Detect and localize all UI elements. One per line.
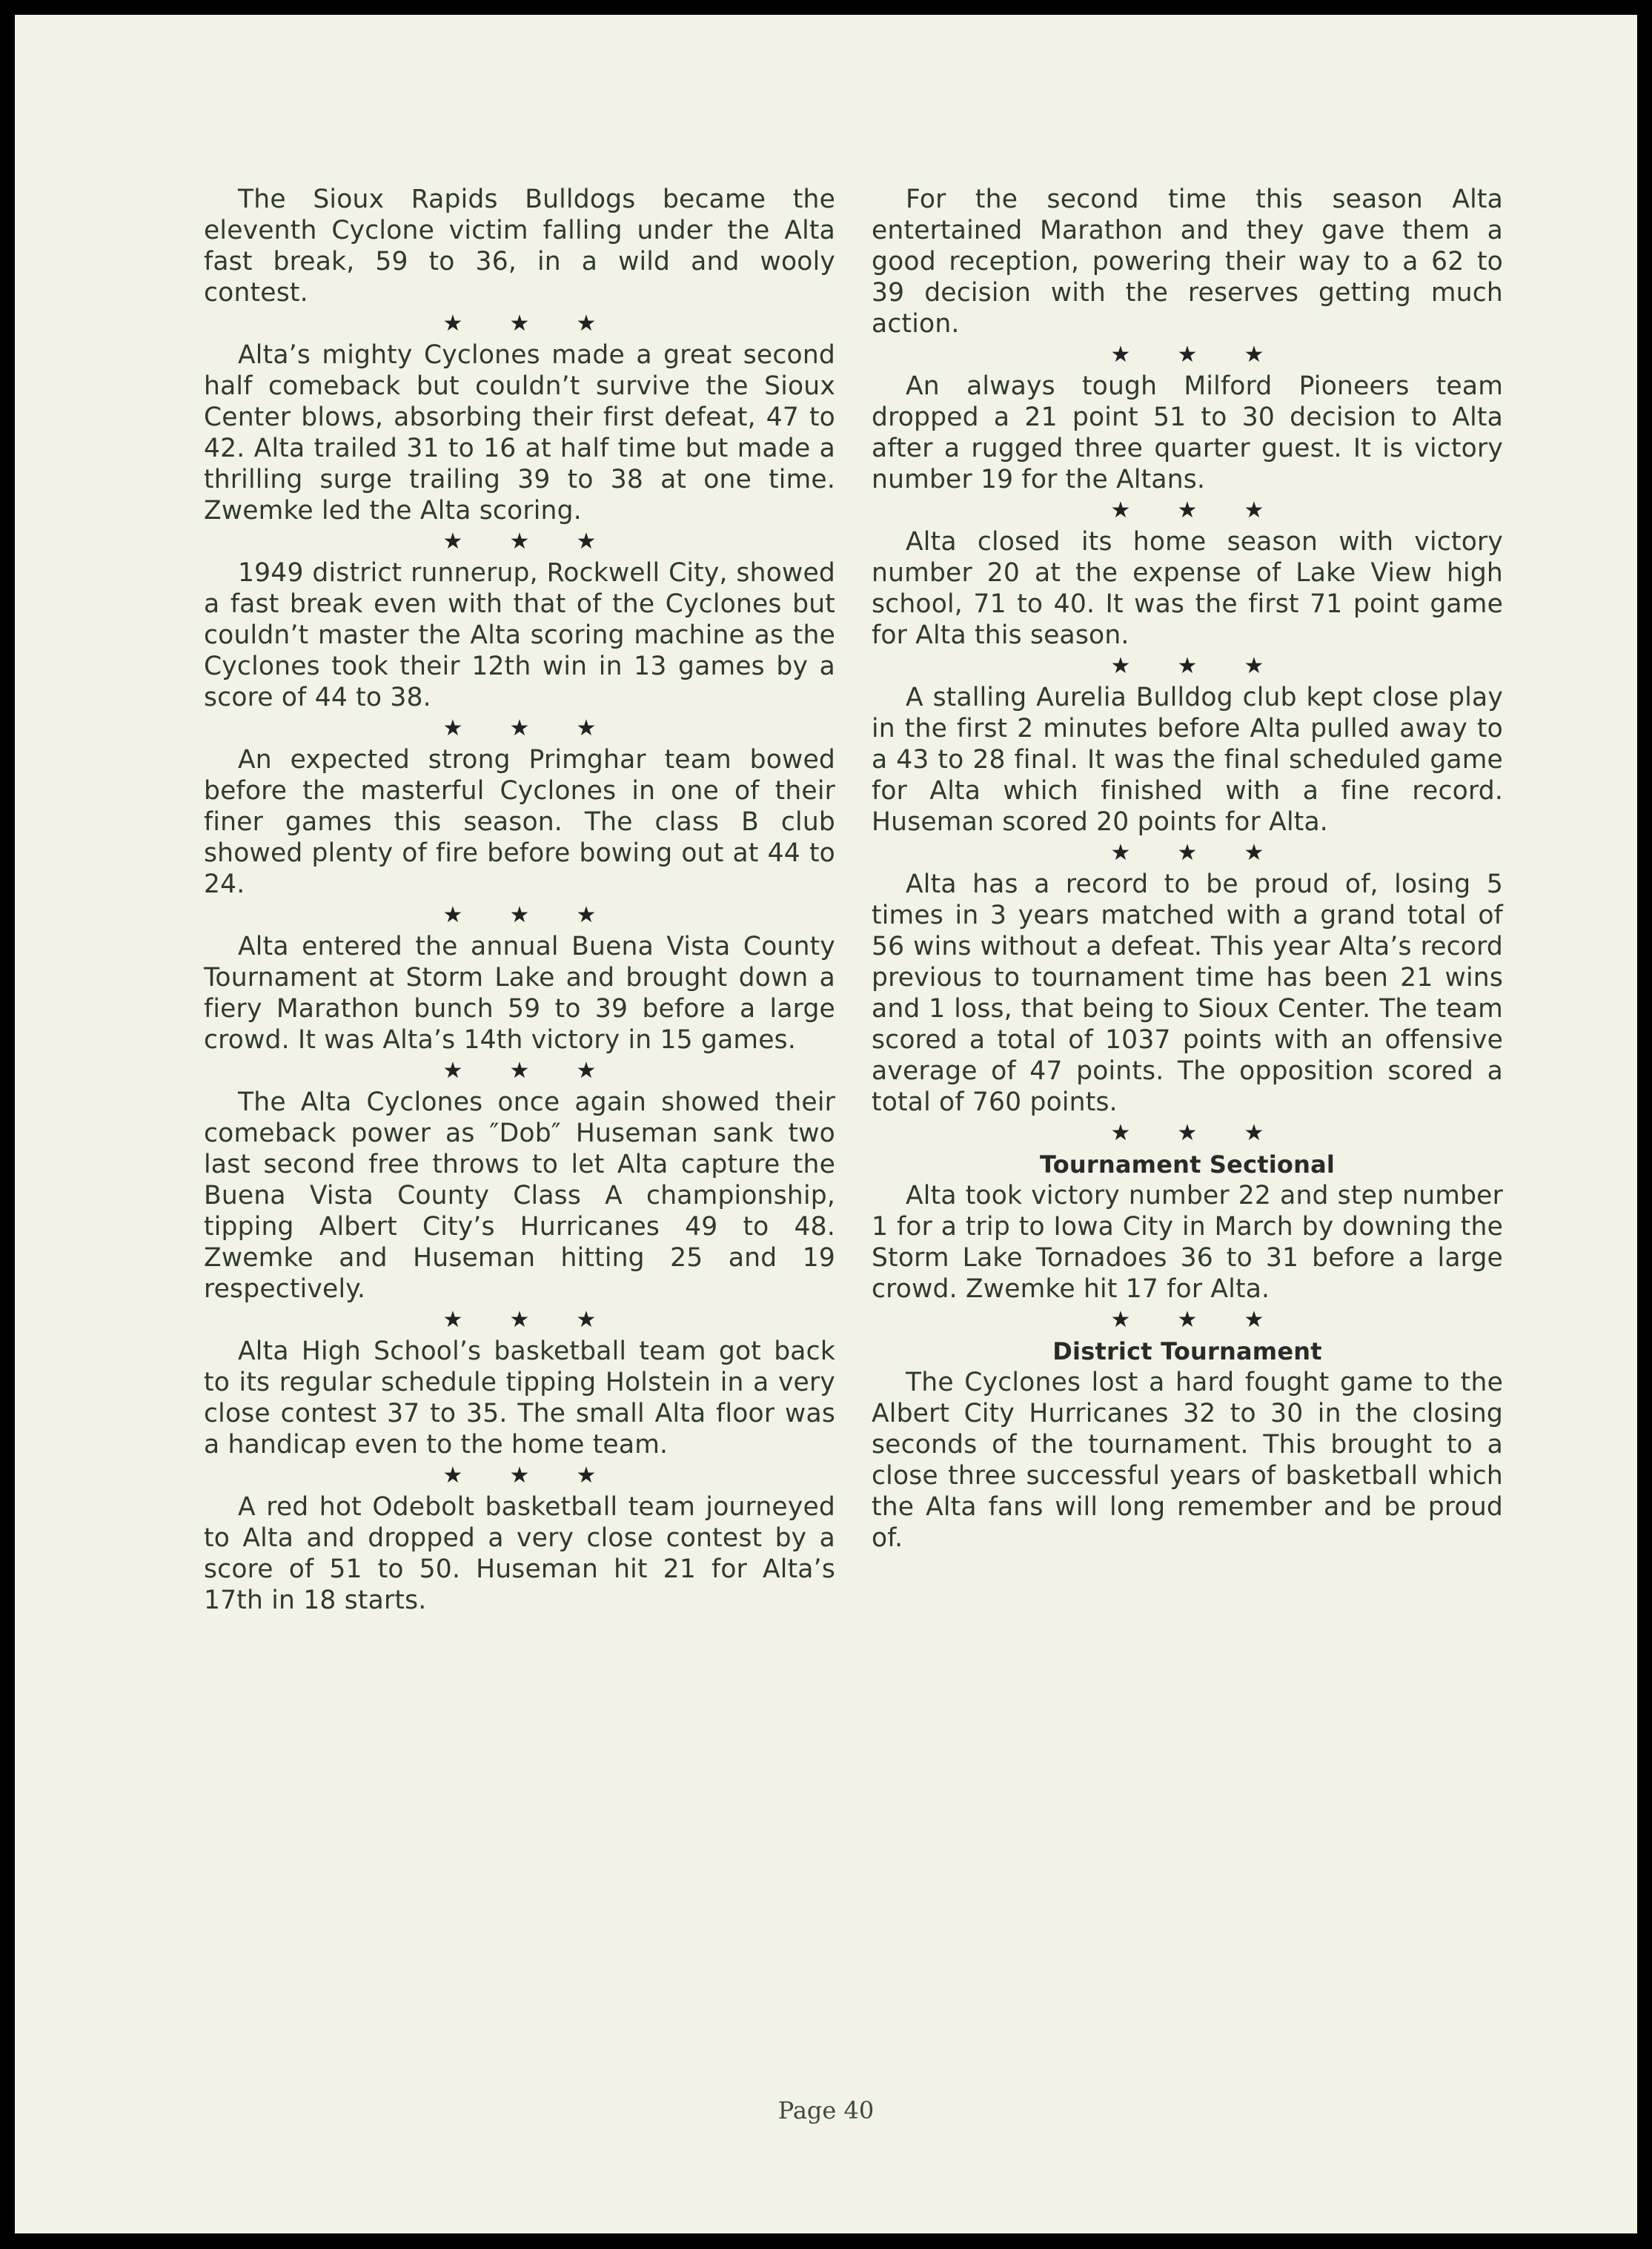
- star-icon: ★: [1239, 339, 1269, 371]
- star-icon: ★: [571, 713, 601, 744]
- star-icon: ★: [1172, 1118, 1202, 1149]
- star-icon: ★: [1172, 838, 1202, 869]
- yearbook-page: The Sioux Rapids Bulldogs became the ele…: [15, 15, 1637, 2233]
- star-icon: ★: [571, 900, 601, 931]
- star-icon: ★: [438, 308, 468, 339]
- star-icon: ★: [571, 1305, 601, 1336]
- star-icon: ★: [1106, 339, 1135, 371]
- star-icon: ★: [1106, 495, 1135, 526]
- star-icon: ★: [1106, 1305, 1135, 1336]
- star-icon: ★: [1172, 495, 1202, 526]
- star-icon: ★: [438, 1305, 468, 1336]
- left-column: The Sioux Rapids Bulldogs became the ele…: [204, 184, 835, 1616]
- star-icon: ★: [505, 526, 534, 557]
- star-icon: ★: [571, 308, 601, 339]
- star-icon: ★: [1239, 838, 1269, 869]
- star-separator: ★★★: [204, 713, 835, 744]
- article-paragraph: A stalling Aurelia Bulldog club kept clo…: [872, 682, 1503, 838]
- star-icon: ★: [438, 1056, 468, 1087]
- article-paragraph: Alta took victory number 22 and step num…: [872, 1180, 1503, 1305]
- star-icon: ★: [1106, 651, 1135, 682]
- star-icon: ★: [505, 1305, 534, 1336]
- star-icon: ★: [438, 900, 468, 931]
- star-icon: ★: [1239, 651, 1269, 682]
- star-icon: ★: [438, 1460, 468, 1491]
- star-icon: ★: [1239, 1118, 1269, 1149]
- star-separator: ★★★: [204, 1056, 835, 1087]
- star-separator: ★★★: [204, 1460, 835, 1491]
- star-separator: ★★★: [872, 1118, 1503, 1149]
- star-separator: ★★★: [204, 1305, 835, 1336]
- article-paragraph: The Sioux Rapids Bulldogs became the ele…: [204, 184, 835, 308]
- star-separator: ★★★: [872, 838, 1503, 869]
- article-paragraph: For the second time this season Alta ent…: [872, 184, 1503, 339]
- article-paragraph: Alta entered the annual Buena Vista Coun…: [204, 931, 835, 1056]
- star-icon: ★: [1239, 1305, 1269, 1336]
- star-icon: ★: [438, 526, 468, 557]
- star-separator: ★★★: [872, 339, 1503, 371]
- article-paragraph: Alta High School’s basketball team got b…: [204, 1336, 835, 1460]
- star-icon: ★: [438, 713, 468, 744]
- star-icon: ★: [1172, 1305, 1202, 1336]
- star-separator: ★★★: [872, 495, 1503, 526]
- star-separator: ★★★: [204, 308, 835, 339]
- article-paragraph: Alta’s mighty Cyclones made a great seco…: [204, 339, 835, 526]
- star-separator: ★★★: [204, 526, 835, 557]
- article-paragraph: The Cyclones lost a hard fought game to …: [872, 1367, 1503, 1554]
- star-icon: ★: [1239, 495, 1269, 526]
- section-heading: District Tournament: [872, 1336, 1503, 1367]
- star-icon: ★: [505, 1056, 534, 1087]
- star-icon: ★: [1106, 1118, 1135, 1149]
- star-separator: ★★★: [872, 1305, 1503, 1336]
- article-paragraph: Alta closed its home season with victory…: [872, 526, 1503, 651]
- star-separator: ★★★: [872, 651, 1503, 682]
- star-icon: ★: [571, 1460, 601, 1491]
- star-icon: ★: [505, 713, 534, 744]
- article-paragraph: The Alta Cyclones once again showed thei…: [204, 1087, 835, 1305]
- article-paragraph: Alta has a record to be proud of, losing…: [872, 869, 1503, 1118]
- star-icon: ★: [571, 526, 601, 557]
- section-heading: Tournament Sectional: [872, 1149, 1503, 1180]
- article-paragraph: An always tough Milford Pioneers team dr…: [872, 371, 1503, 495]
- right-column: For the second time this season Alta ent…: [872, 184, 1503, 1554]
- star-separator: ★★★: [204, 900, 835, 931]
- article-paragraph: A red hot Odebolt basketball team journe…: [204, 1491, 835, 1616]
- star-icon: ★: [571, 1056, 601, 1087]
- star-icon: ★: [505, 1460, 534, 1491]
- star-icon: ★: [1172, 651, 1202, 682]
- star-icon: ★: [505, 900, 534, 931]
- page-number: Page 40: [15, 2096, 1637, 2124]
- article-paragraph: 1949 district runnerup, Rockwell City, s…: [204, 557, 835, 713]
- star-icon: ★: [1106, 838, 1135, 869]
- article-paragraph: An expected strong Primghar team bowed b…: [204, 744, 835, 900]
- star-icon: ★: [1172, 339, 1202, 371]
- star-icon: ★: [505, 308, 534, 339]
